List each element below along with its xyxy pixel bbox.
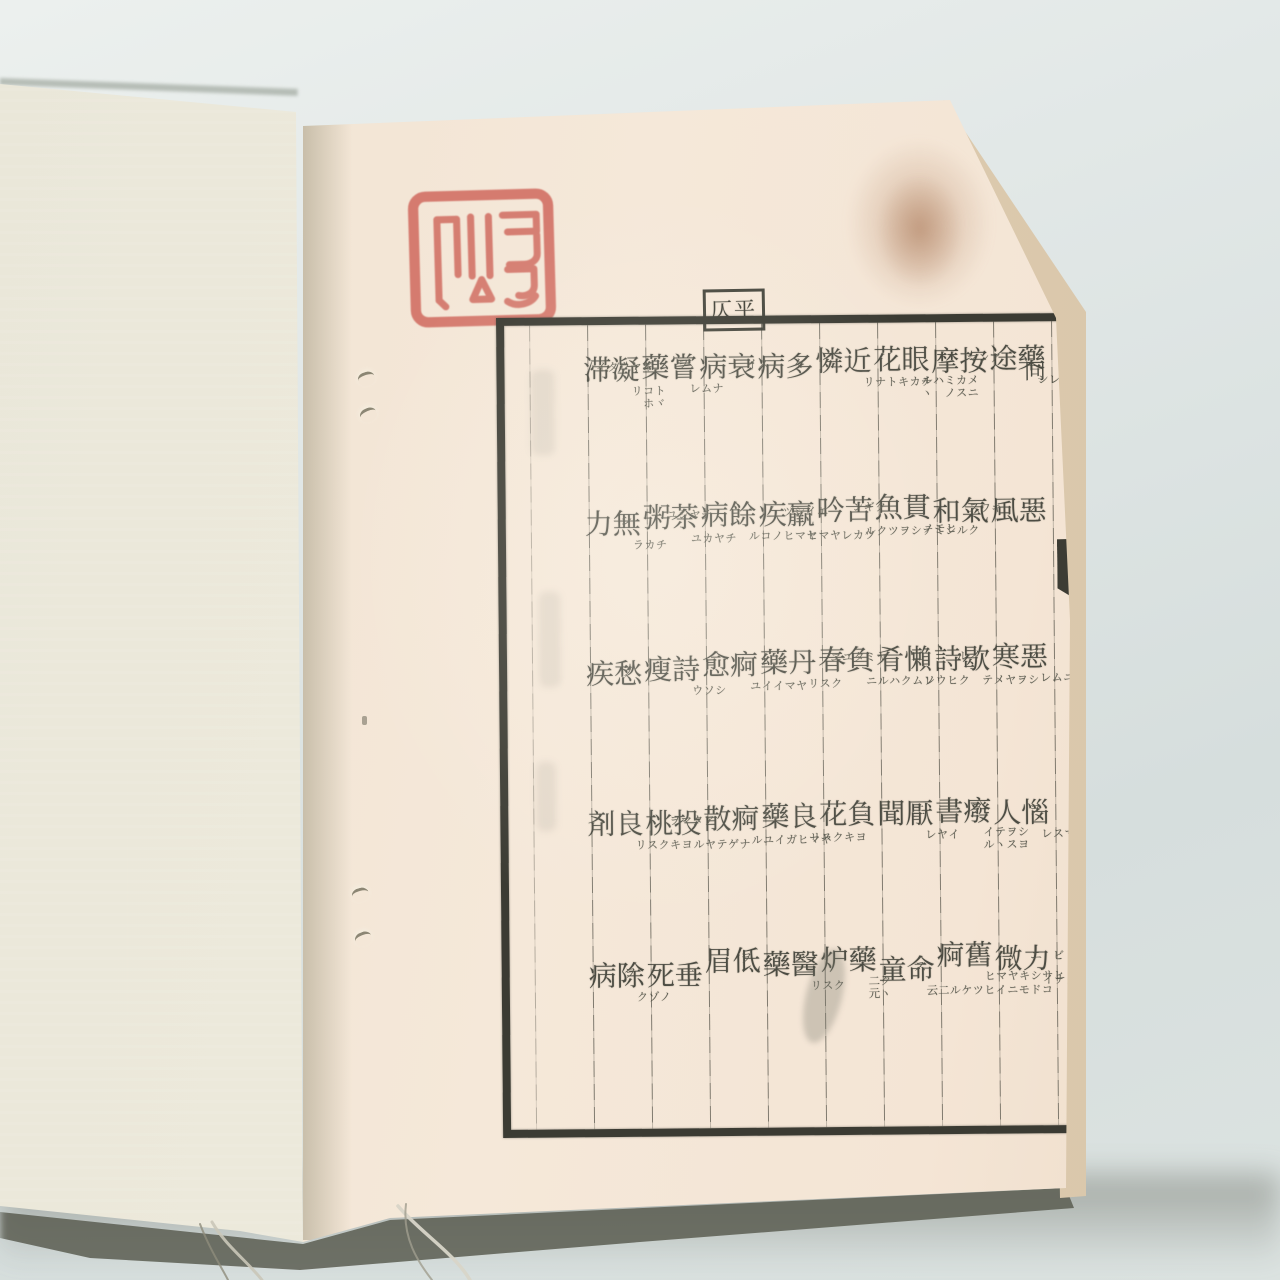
- photo-scene: 仄平 詩語玉屑 卷四 藥途同ヤクレン惡風ヲ惡寒ヲニムレ惱人ヲナヤマスレ力微ニチカ…: [0, 0, 1280, 1280]
- bleedthrough-smudge: [530, 369, 555, 455]
- term-furi: メニカスミノハルヽ: [921, 374, 979, 400]
- term-furiR: アタマヲ: [668, 814, 714, 827]
- term-text: 命童: [877, 954, 933, 986]
- term-furi: ヤマヒノコル: [748, 529, 817, 542]
- column-separator: [819, 323, 827, 1127]
- term-text: 羸疾: [757, 499, 813, 531]
- term-furi: シヲヤメテ: [981, 673, 1039, 686]
- term-text: 垂死: [645, 960, 701, 992]
- red-seal-stamp: [405, 183, 559, 333]
- term-text: 低眉: [702, 946, 758, 978]
- term-furi: ヨキクスリ: [808, 831, 866, 844]
- term-text: 餘病: [699, 500, 755, 532]
- term-text: 惱人: [991, 797, 1047, 829]
- term-text: 歇詩: [932, 644, 988, 676]
- term-text: 舊痾: [934, 940, 990, 972]
- column-separator: [1051, 321, 1059, 1125]
- term-okuri: シ: [618, 514, 631, 527]
- term-text: 懶肴: [874, 644, 930, 676]
- term-okuri: ス: [912, 959, 925, 972]
- text-column: 按摩アンマ氣和スキワ歇詩イルシヲヤメテ癈書ヲシヨヲステヽイル舊痾ヒサシキヤマヒ: [936, 328, 1001, 1120]
- term-furi: イヤレ: [924, 828, 959, 841]
- text-frame: 詩語玉屑 卷四 藥途同ヤクレン惡風ヲ惡寒ヲニムレ惱人ヲナヤマスレ力微ニチカラガス…: [496, 313, 1125, 1138]
- term-furi: チカキトナリ: [863, 375, 932, 388]
- term-text: 多病: [755, 351, 811, 383]
- term-text: 痾散: [701, 804, 757, 836]
- gutter-shadow: [300, 110, 352, 1240]
- term-text: 負花: [817, 799, 873, 831]
- term-text: 力微: [992, 943, 1048, 975]
- term-text: 詩瘦: [642, 654, 698, 686]
- term-okuri: 々: [790, 356, 803, 369]
- term-okuri: ヲ: [1026, 802, 1039, 815]
- term-furi: クスリ: [810, 979, 845, 992]
- term-furi: ナムレ: [689, 382, 724, 395]
- paper-stain: [846, 138, 992, 308]
- term-text: 貫魚: [873, 492, 929, 524]
- term-furi: クスリ: [807, 677, 842, 690]
- term-furiR: スイ: [745, 358, 768, 371]
- ink-smudge: [795, 945, 853, 1047]
- term-okuri: 二: [910, 803, 923, 816]
- term-furiR: クギン: [851, 501, 886, 514]
- term-furi: ヒサシキヤマヒ: [984, 969, 1065, 982]
- term-okuri: ヲ: [738, 951, 751, 964]
- text-column: 藥途同ヤクレン惡風ヲ惡寒ヲニムレ惱人ヲナヤマスレ力微ニチカラガスクナイビ: [994, 327, 1059, 1119]
- column-separator: [877, 323, 885, 1127]
- term-okuri: ヲ: [619, 664, 632, 677]
- term-okuri: ヲ: [1024, 500, 1037, 513]
- term-text: 良剤: [585, 809, 641, 841]
- column-separator: [761, 324, 769, 1128]
- term-furi: コドモニイヒツケル二云: [926, 983, 1053, 997]
- column-separator: [935, 322, 943, 1126]
- term-furi: ヒモノ: [922, 522, 957, 535]
- term-text: 無力: [583, 509, 639, 541]
- term-text: 苦吟: [815, 495, 871, 527]
- column-separator: [703, 324, 711, 1128]
- term-okuri: 二: [852, 804, 865, 817]
- term-furiR: ギヤウタイ: [595, 361, 653, 374]
- paper-stain: [878, 176, 962, 286]
- header-label: 仄平: [711, 299, 757, 321]
- term-furiR: アンマ: [966, 352, 1001, 365]
- term-text: 藥炉: [818, 945, 874, 977]
- term-furi: クヽ二元: [868, 975, 891, 1000]
- text-column: 衰病スイ餘病ヤマヒノコル痾愈ヤマイイユ痾散ヤマヒガイユル低眉ヲ: [704, 330, 769, 1122]
- term-furi: ノゾク: [636, 991, 671, 1004]
- term-furi: ヤマイイユ: [749, 679, 807, 692]
- bleedthrough-smudge: [538, 591, 561, 687]
- term-okuri: ヲ: [1025, 646, 1038, 659]
- term-text: 凝滞: [581, 355, 637, 387]
- term-furi: チカラガスクナイ: [1042, 972, 1134, 985]
- header-label-box: 仄平: [703, 288, 766, 331]
- column-separator: [993, 322, 1001, 1126]
- term-furi: ソムクハルニ: [865, 674, 934, 687]
- term-furiR: エイシツ: [782, 505, 828, 518]
- term-okuri: ヲ: [968, 801, 981, 814]
- term-furi: ニムレ: [1039, 671, 1074, 684]
- text-column: 嘗藥ヲナムレ茶粥チヤカユチヤシユ詩瘦シソウ投桃ナゲテヤルアタマヲ垂死一: [646, 330, 711, 1122]
- term-text: 按摩: [929, 346, 985, 378]
- term-sub: 同: [1021, 359, 1043, 381]
- term-text: 負春: [816, 645, 872, 677]
- term-okuri: ヲ: [674, 357, 687, 370]
- term-okuri: ヲ: [622, 966, 635, 979]
- term-okuri: ス: [966, 501, 979, 514]
- term-furiR: ヤミタユヱ: [829, 651, 887, 664]
- columns-host: 詩語玉屑 卷四 藥途同ヤクレン惡風ヲ惡寒ヲニムレ惱人ヲナヤマスレ力微ニチカラガス…: [504, 321, 1117, 1130]
- term-furi: ナゲテヤル: [693, 838, 751, 851]
- term-text: 醫藥: [761, 949, 817, 981]
- term-text: 投桃: [643, 808, 699, 840]
- term-text: 除病: [587, 961, 643, 993]
- term-furiR: ビ: [1052, 949, 1064, 962]
- term-furi: ヤマヒガイユル: [751, 833, 832, 846]
- paper-fleck: [362, 716, 367, 725]
- term-okuri: 一: [680, 965, 693, 978]
- term-text: 嘗藥: [639, 352, 695, 384]
- term-furi: シソウ: [691, 684, 726, 697]
- term-okuri: ニ: [1028, 948, 1041, 961]
- term-text: 茶粥: [641, 502, 697, 534]
- term-text: 眼花: [871, 344, 927, 376]
- bleedthrough-smudge: [536, 761, 557, 831]
- term-text: 近憐: [813, 346, 869, 378]
- term-text: 癈書: [933, 796, 989, 828]
- term-text: 藥途: [987, 343, 1043, 375]
- term-okuri: 二: [909, 649, 922, 662]
- inner-margin-line: [529, 326, 537, 1130]
- term-text: 愁疾: [584, 659, 640, 691]
- term-text: 良藥: [759, 801, 815, 833]
- term-text: 惡風: [989, 495, 1045, 527]
- text-column: 眼花メニカスミノハルヽ貫魚ヒモノ懶肴二クヒウレ厭聞二イヤレ命童スコドモニイヒツケ…: [878, 328, 943, 1120]
- term-text: 惡寒: [990, 641, 1046, 673]
- term-furiR: チヤシユ: [666, 508, 712, 521]
- term-furi: チカラ: [632, 539, 667, 552]
- term-text: 丹藥: [758, 647, 814, 679]
- term-okuri: イル: [954, 649, 980, 662]
- term-furi: クヒウレ: [923, 674, 969, 687]
- term-furi: トヾコホリ: [631, 385, 666, 410]
- column-separator: [645, 325, 653, 1129]
- term-text: 痾愈: [700, 650, 756, 682]
- term-furi: チヤカユ: [690, 532, 736, 545]
- term-furiR: キワ: [979, 502, 1002, 515]
- term-text: 厭聞: [875, 798, 931, 830]
- term-furi: シヨヲステヽイル: [982, 825, 1028, 850]
- term-furi: クルシミテシヲツクル: [864, 524, 979, 538]
- term-furi: ツカレヤマヒ: [806, 529, 875, 542]
- term-text: 氣和: [931, 496, 987, 528]
- text-column: 凝滞トヾコホリギヤウタイ無力シチカラ愁疾ヲ良剤ヨキクスリ除病ヲノゾク: [588, 331, 653, 1123]
- text-column: 近憐チカキトナリ苦吟クルシミテシヲツクルクギン負春ソムクハルニヤミタユヱ負花二藥…: [820, 329, 885, 1121]
- term-text: 衰病: [697, 352, 753, 384]
- column-separator: [587, 325, 595, 1129]
- term-furi: ヨキクスリ: [635, 838, 693, 851]
- text-column: 多病々羸疾ツカレヤマヒエイシツ丹藥クスリ良藥ヨキクスリ醫藥クスリ: [762, 329, 827, 1121]
